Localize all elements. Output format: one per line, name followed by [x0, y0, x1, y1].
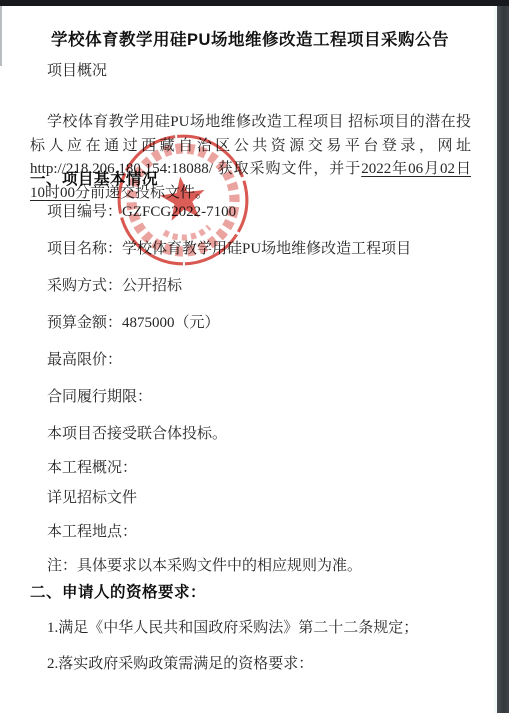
window-top-edge	[0, 0, 509, 6]
field-project-location: 本工程地点：	[47, 523, 137, 542]
procurement-announcement-page: { "colors": { "seal_red": "#cf2b24", "te…	[0, 0, 509, 713]
qualification-item-2: 2.落实政府采购政策需满足的资格要求：	[47, 655, 313, 674]
section2-heading: 二、申请人的资格要求：	[30, 580, 206, 602]
intro-paragraph: 学校体育教学用硅PU场地维修改造工程项目 招标项目的潜在投标人应在通过西藏自治区…	[30, 111, 471, 206]
page-left-edge	[0, 6, 2, 66]
window-right-edge	[497, 6, 509, 713]
document-title: 学校体育教学用硅PU场地维修改造工程项目采购公告	[30, 26, 470, 50]
field-contract-period: 合同履行期限：	[47, 388, 152, 407]
project-overview-label: 项目概况	[47, 62, 107, 81]
field-budget-amount: 预算金额：4875000（元）	[47, 314, 220, 333]
field-consortium-bidding: 本项目否接受联合体投标。	[47, 425, 227, 444]
field-procurement-method: 采购方式：公开招标	[47, 277, 182, 296]
field-project-profile: 本工程概况：	[47, 459, 137, 478]
field-see-bid-documents: 详见招标文件	[47, 489, 137, 508]
field-max-price: 最高限价：	[47, 351, 122, 370]
field-project-number: 项目编号：GZFCG2022-7100	[47, 203, 236, 222]
qualification-item-1: 1.满足《中华人民共和国政府采购法》第二十二条规定；	[47, 619, 418, 638]
field-project-name: 项目名称：学校体育教学用硅PU场地维修改造工程项目	[47, 240, 411, 259]
seal-bottom-text	[164, 227, 210, 240]
field-note: 注：具体要求以本采购文件中的相应规则为准。	[47, 557, 362, 576]
section1-heading: 一、项目基本情况	[30, 167, 158, 189]
